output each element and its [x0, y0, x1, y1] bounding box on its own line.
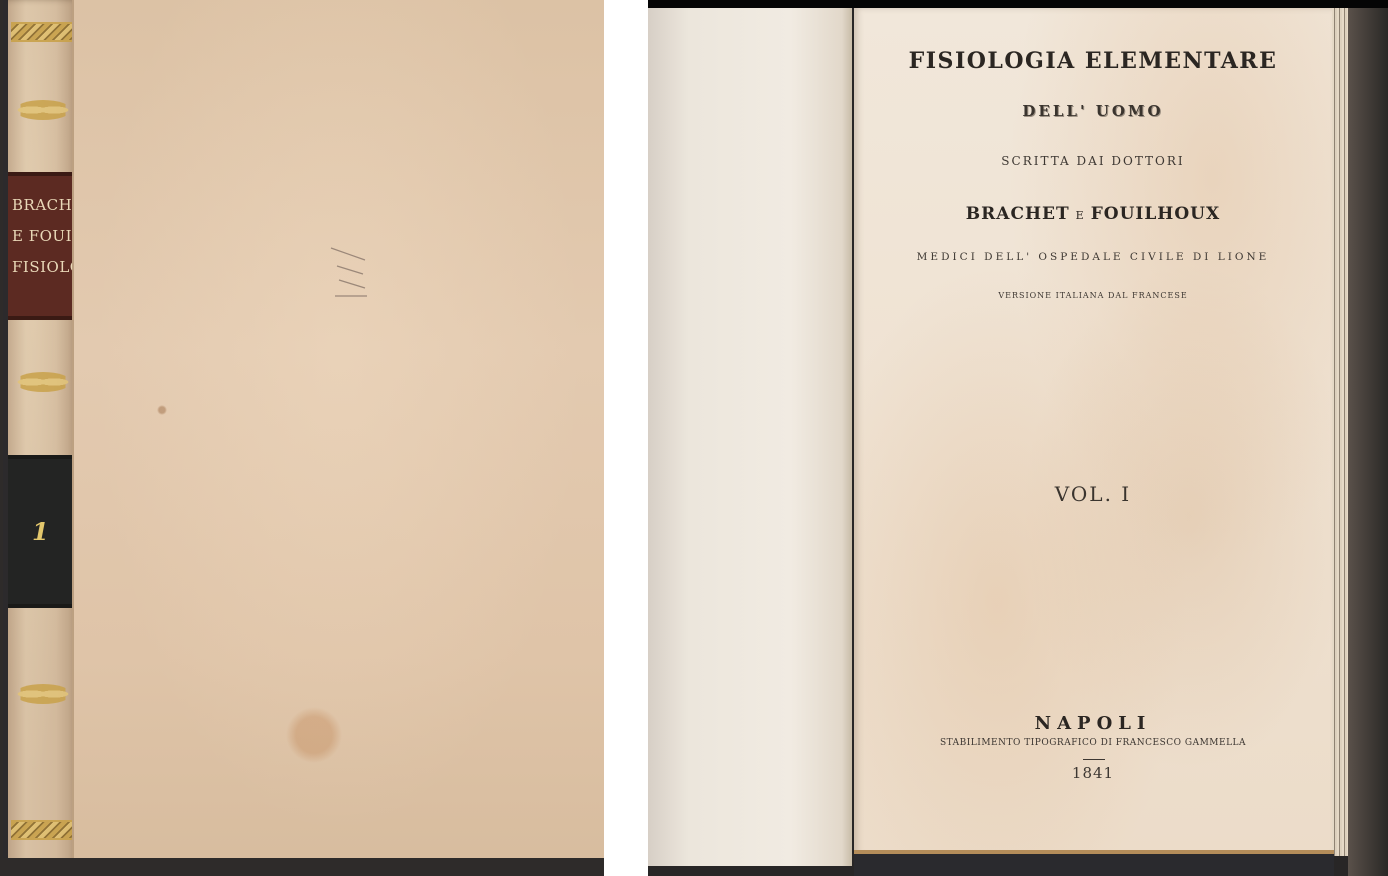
divider-rule — [1083, 759, 1105, 760]
authors-line: BRACHETEFOUILHOUX — [854, 204, 1332, 224]
spine-edge — [3, 0, 8, 876]
gilt-band-top — [11, 22, 75, 42]
photo-border — [648, 0, 1388, 8]
author-affiliation: MEDICI DELL' OSPEDALE CIVILE DI LIONE — [854, 251, 1332, 263]
page-fore-edge — [1332, 8, 1348, 856]
publication-year: 1841 — [854, 764, 1332, 782]
book-spine: BRACHET E FOUILH FISIOLOG 1 — [3, 0, 79, 876]
gilt-ornament — [15, 100, 71, 120]
gilt-band-bottom — [11, 820, 75, 840]
author-name: FOUILHOUX — [1091, 204, 1221, 224]
gilt-ornament — [15, 684, 71, 704]
background-strip — [0, 858, 604, 876]
pencil-marks — [329, 240, 369, 300]
written-by-line: SCRITTA DAI DOTTORI — [854, 154, 1332, 168]
page-bottom-edge — [854, 850, 1334, 876]
printer-imprint: STABILIMENTO TIPOGRAFICO DI FRANCESCO GA… — [854, 738, 1332, 748]
translation-note: VERSIONE ITALIANA DAL FRANCESE — [854, 291, 1332, 300]
vellum-front-board — [72, 0, 604, 876]
spine-volume-label: 1 — [8, 455, 76, 608]
book-cover-photo: BRACHET E FOUILH FISIOLOG 1 — [0, 0, 604, 876]
gilt-ornament — [15, 372, 71, 392]
publication-city: NAPOLI — [854, 713, 1332, 734]
spine-title-label: BRACHET E FOUILH FISIOLOG — [8, 172, 82, 320]
volume-number: 1 — [32, 517, 49, 546]
author-conjunction: E — [1076, 209, 1085, 222]
flyleaf-page — [648, 8, 852, 866]
author-name: BRACHET — [966, 204, 1070, 224]
volume-designation: VOL. I — [854, 482, 1332, 506]
title-page-photo: FISIOLOGIA ELEMENTARE DELL' UOMO SCRITTA… — [648, 0, 1388, 876]
book-title: FISIOLOGIA ELEMENTARE — [854, 48, 1332, 74]
title-page: FISIOLOGIA ELEMENTARE DELL' UOMO SCRITTA… — [854, 8, 1332, 856]
book-subtitle: DELL' UOMO — [854, 102, 1332, 120]
book-back-edge — [1348, 8, 1388, 876]
